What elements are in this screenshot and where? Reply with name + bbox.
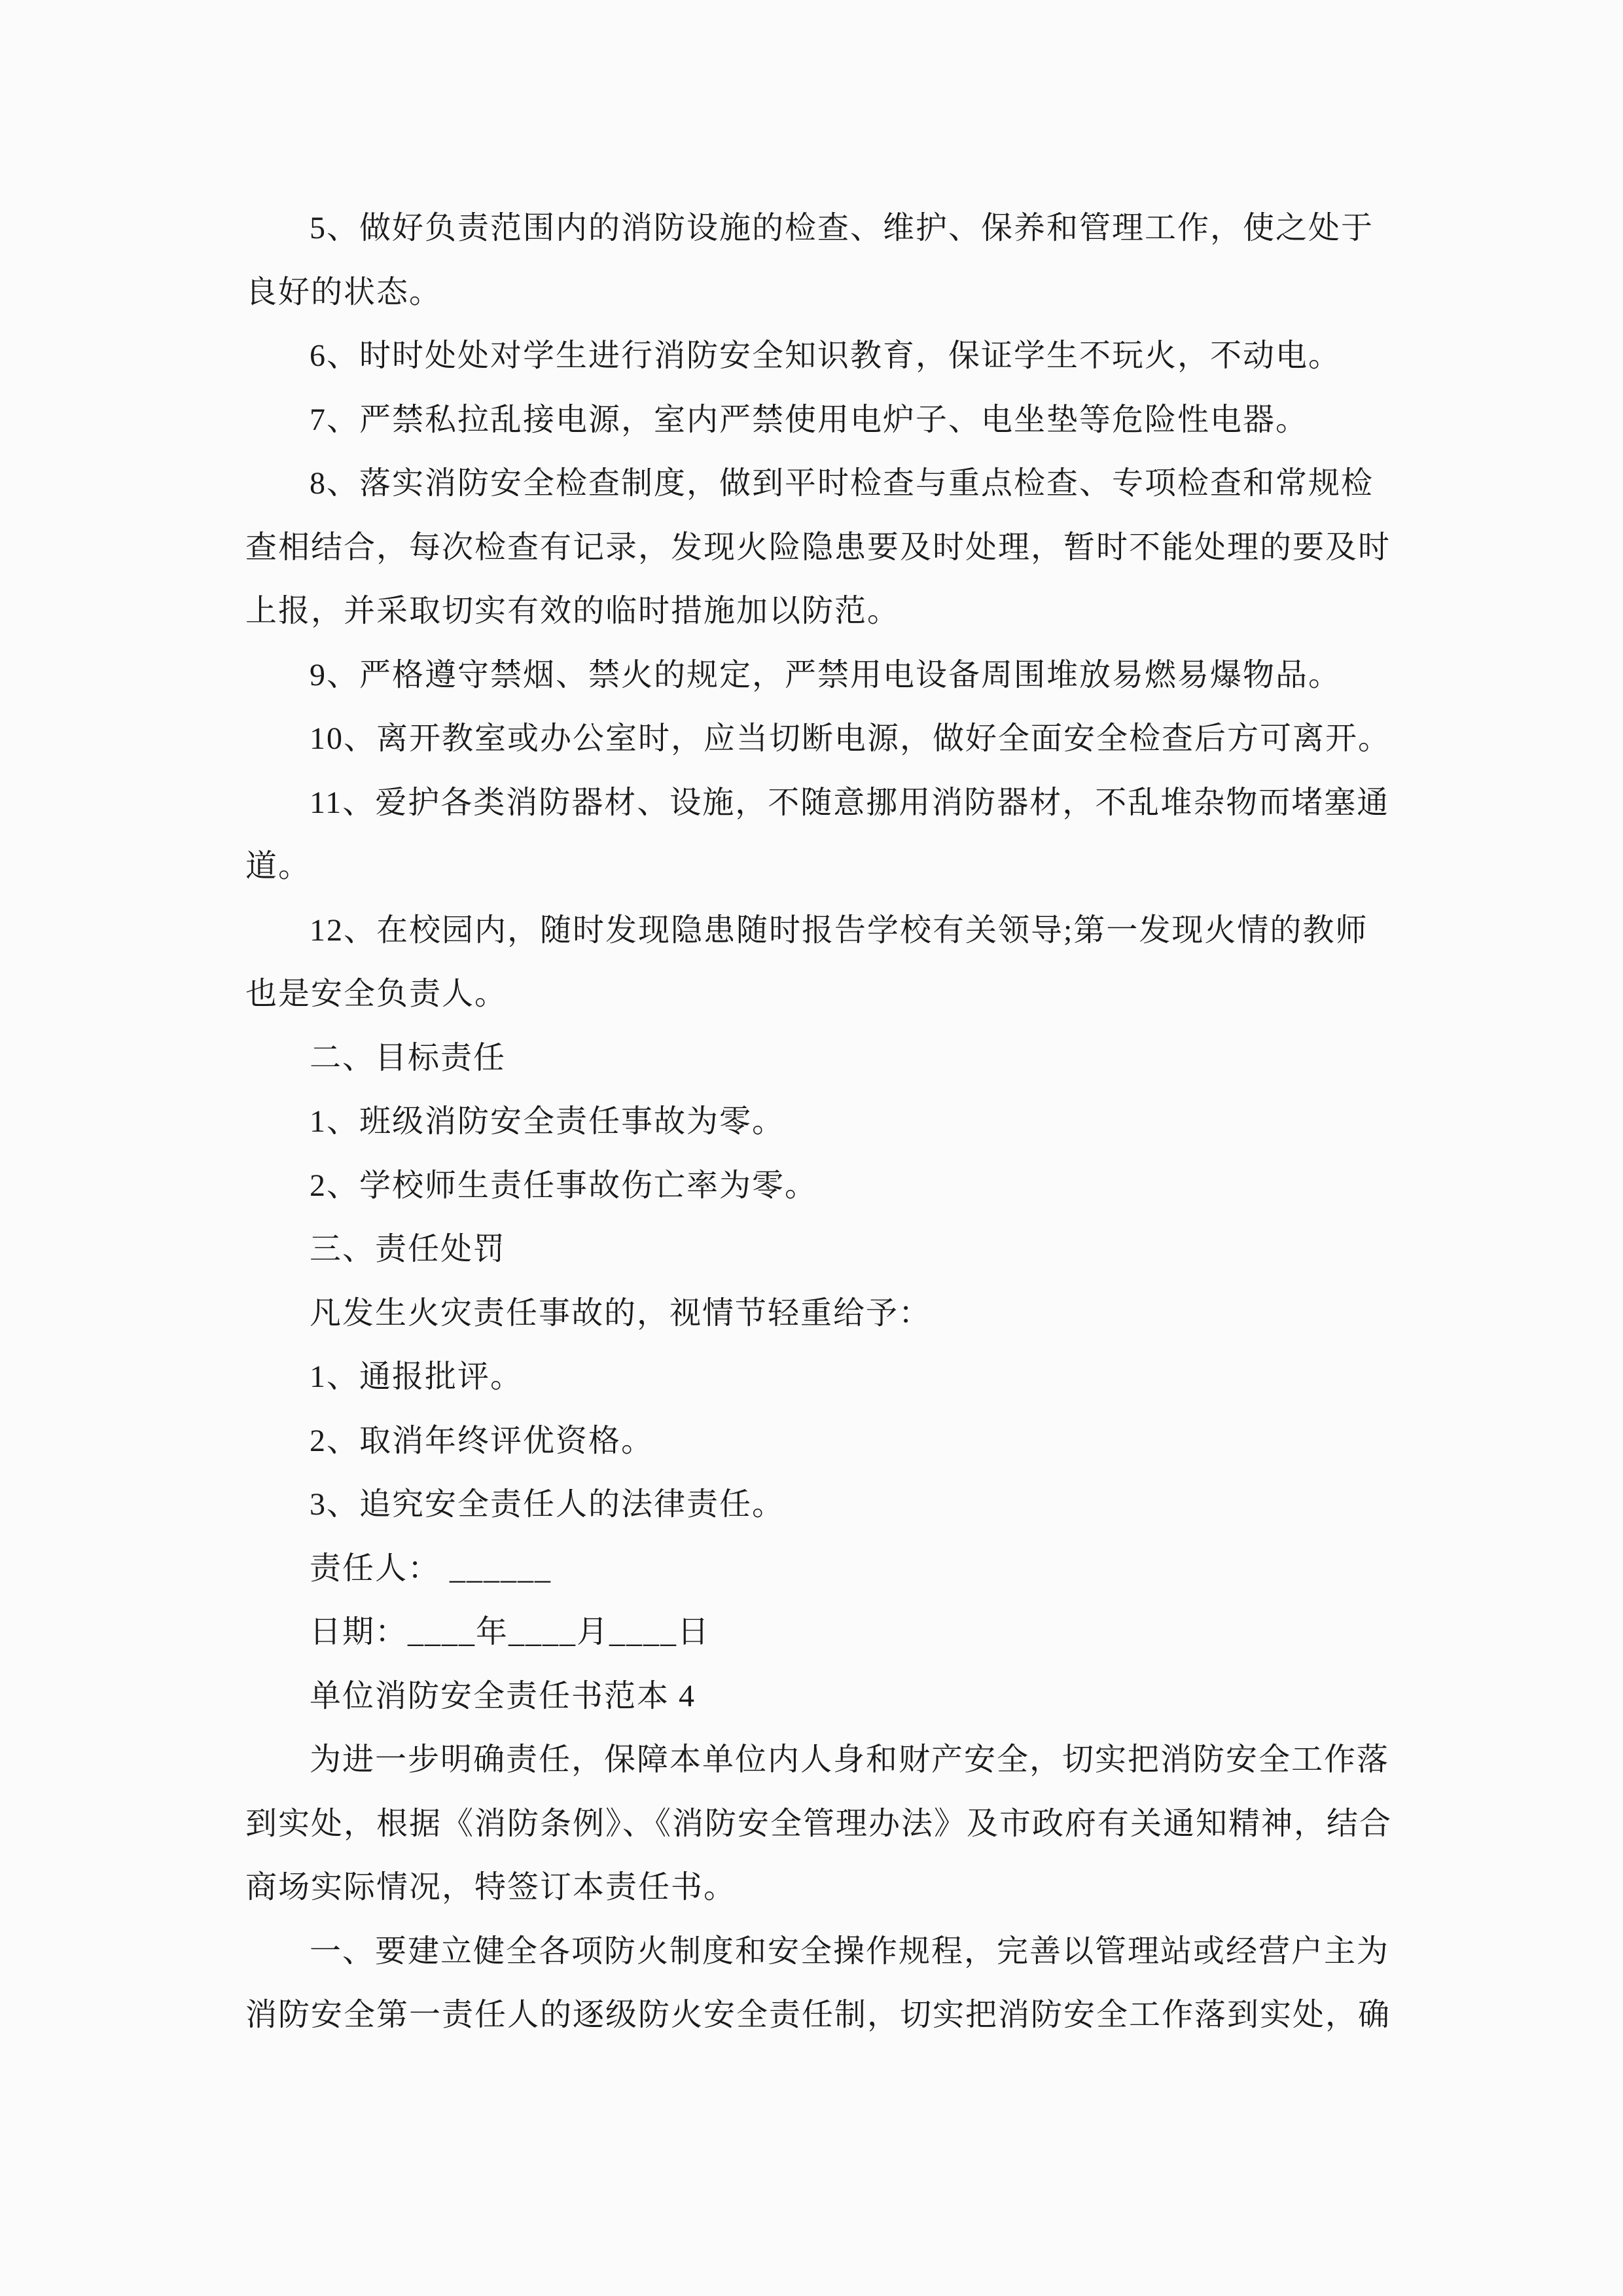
text-line: 为进一步明确责任，保障本单位内人身和财产安全，切实把消防安全工作落 <box>245 1728 1443 1792</box>
text-line: 6、时时处处对学生进行消防安全知识教育，保证学生不玩火，不动电。 <box>245 324 1443 388</box>
text-line: 一、要建立健全各项防火制度和安全操作规程，完善以管理站或经营户主为 <box>245 1920 1443 1984</box>
document-page: 5、做好负责范围内的消防设施的检查、维护、保养和管理工作，使之处于 良好的状态。… <box>0 0 1623 2296</box>
text-line: 消防安全第一责任人的逐级防火安全责任制，切实把消防安全工作落到实处，确 <box>245 1983 1443 2047</box>
text-line: 8、落实消防安全检查制度，做到平时检查与重点检查、专项检查和常规检 <box>245 452 1443 516</box>
text-line: 查相结合，每次检查有记录，发现火险隐患要及时处理，暂时不能处理的要及时 <box>245 516 1443 580</box>
text-line: 1、班级消防安全责任事故为零。 <box>245 1090 1443 1154</box>
text-line: 9、严格遵守禁烟、禁火的规定，严禁用电设备周围堆放易燃易爆物品。 <box>245 643 1443 708</box>
text-line: 凡发生火灾责任事故的，视情节轻重给予： <box>245 1282 1443 1346</box>
text-line: 2、学校师生责任事故伤亡率为零。 <box>245 1154 1443 1218</box>
sample-title-line: 单位消防安全责任书范本 4 <box>245 1664 1443 1729</box>
text-line: 10、离开教室或办公室时，应当切断电源，做好全面安全检查后方可离开。 <box>245 707 1443 771</box>
signature-line: 责任人： ______ <box>245 1537 1443 1601</box>
section-heading-line: 三、责任处罚 <box>245 1217 1443 1282</box>
document-text-block: 5、做好负责范围内的消防设施的检查、维护、保养和管理工作，使之处于 良好的状态。… <box>245 196 1443 2047</box>
text-line: 到实处，根据《消防条例》、《消防安全管理办法》及市政府有关通知精神，结合 <box>245 1792 1443 1856</box>
text-line: 7、严禁私拉乱接电源，室内严禁使用电炉子、电坐垫等危险性电器。 <box>245 388 1443 452</box>
text-line: 5、做好负责范围内的消防设施的检查、维护、保养和管理工作，使之处于 <box>245 196 1443 260</box>
text-line: 上报，并采取切实有效的临时措施加以防范。 <box>245 579 1443 643</box>
section-heading-line: 二、目标责任 <box>245 1026 1443 1090</box>
date-line: 日期：____年____月____日 <box>245 1600 1443 1664</box>
text-line: 3、追究安全责任人的法律责任。 <box>245 1473 1443 1537</box>
text-line: 12、在校园内，随时发现隐患随时报告学校有关领导;第一发现火情的教师 <box>245 899 1443 963</box>
text-line: 商场实际情况，特签订本责任书。 <box>245 1856 1443 1920</box>
text-line: 11、爱护各类消防器材、设施，不随意挪用消防器材，不乱堆杂物而堵塞通 <box>245 771 1443 835</box>
text-line: 道。 <box>245 834 1443 899</box>
text-line: 2、取消年终评优资格。 <box>245 1409 1443 1473</box>
text-line: 良好的状态。 <box>245 260 1443 325</box>
text-line: 也是安全负责人。 <box>245 962 1443 1026</box>
text-line: 1、通报批评。 <box>245 1345 1443 1409</box>
